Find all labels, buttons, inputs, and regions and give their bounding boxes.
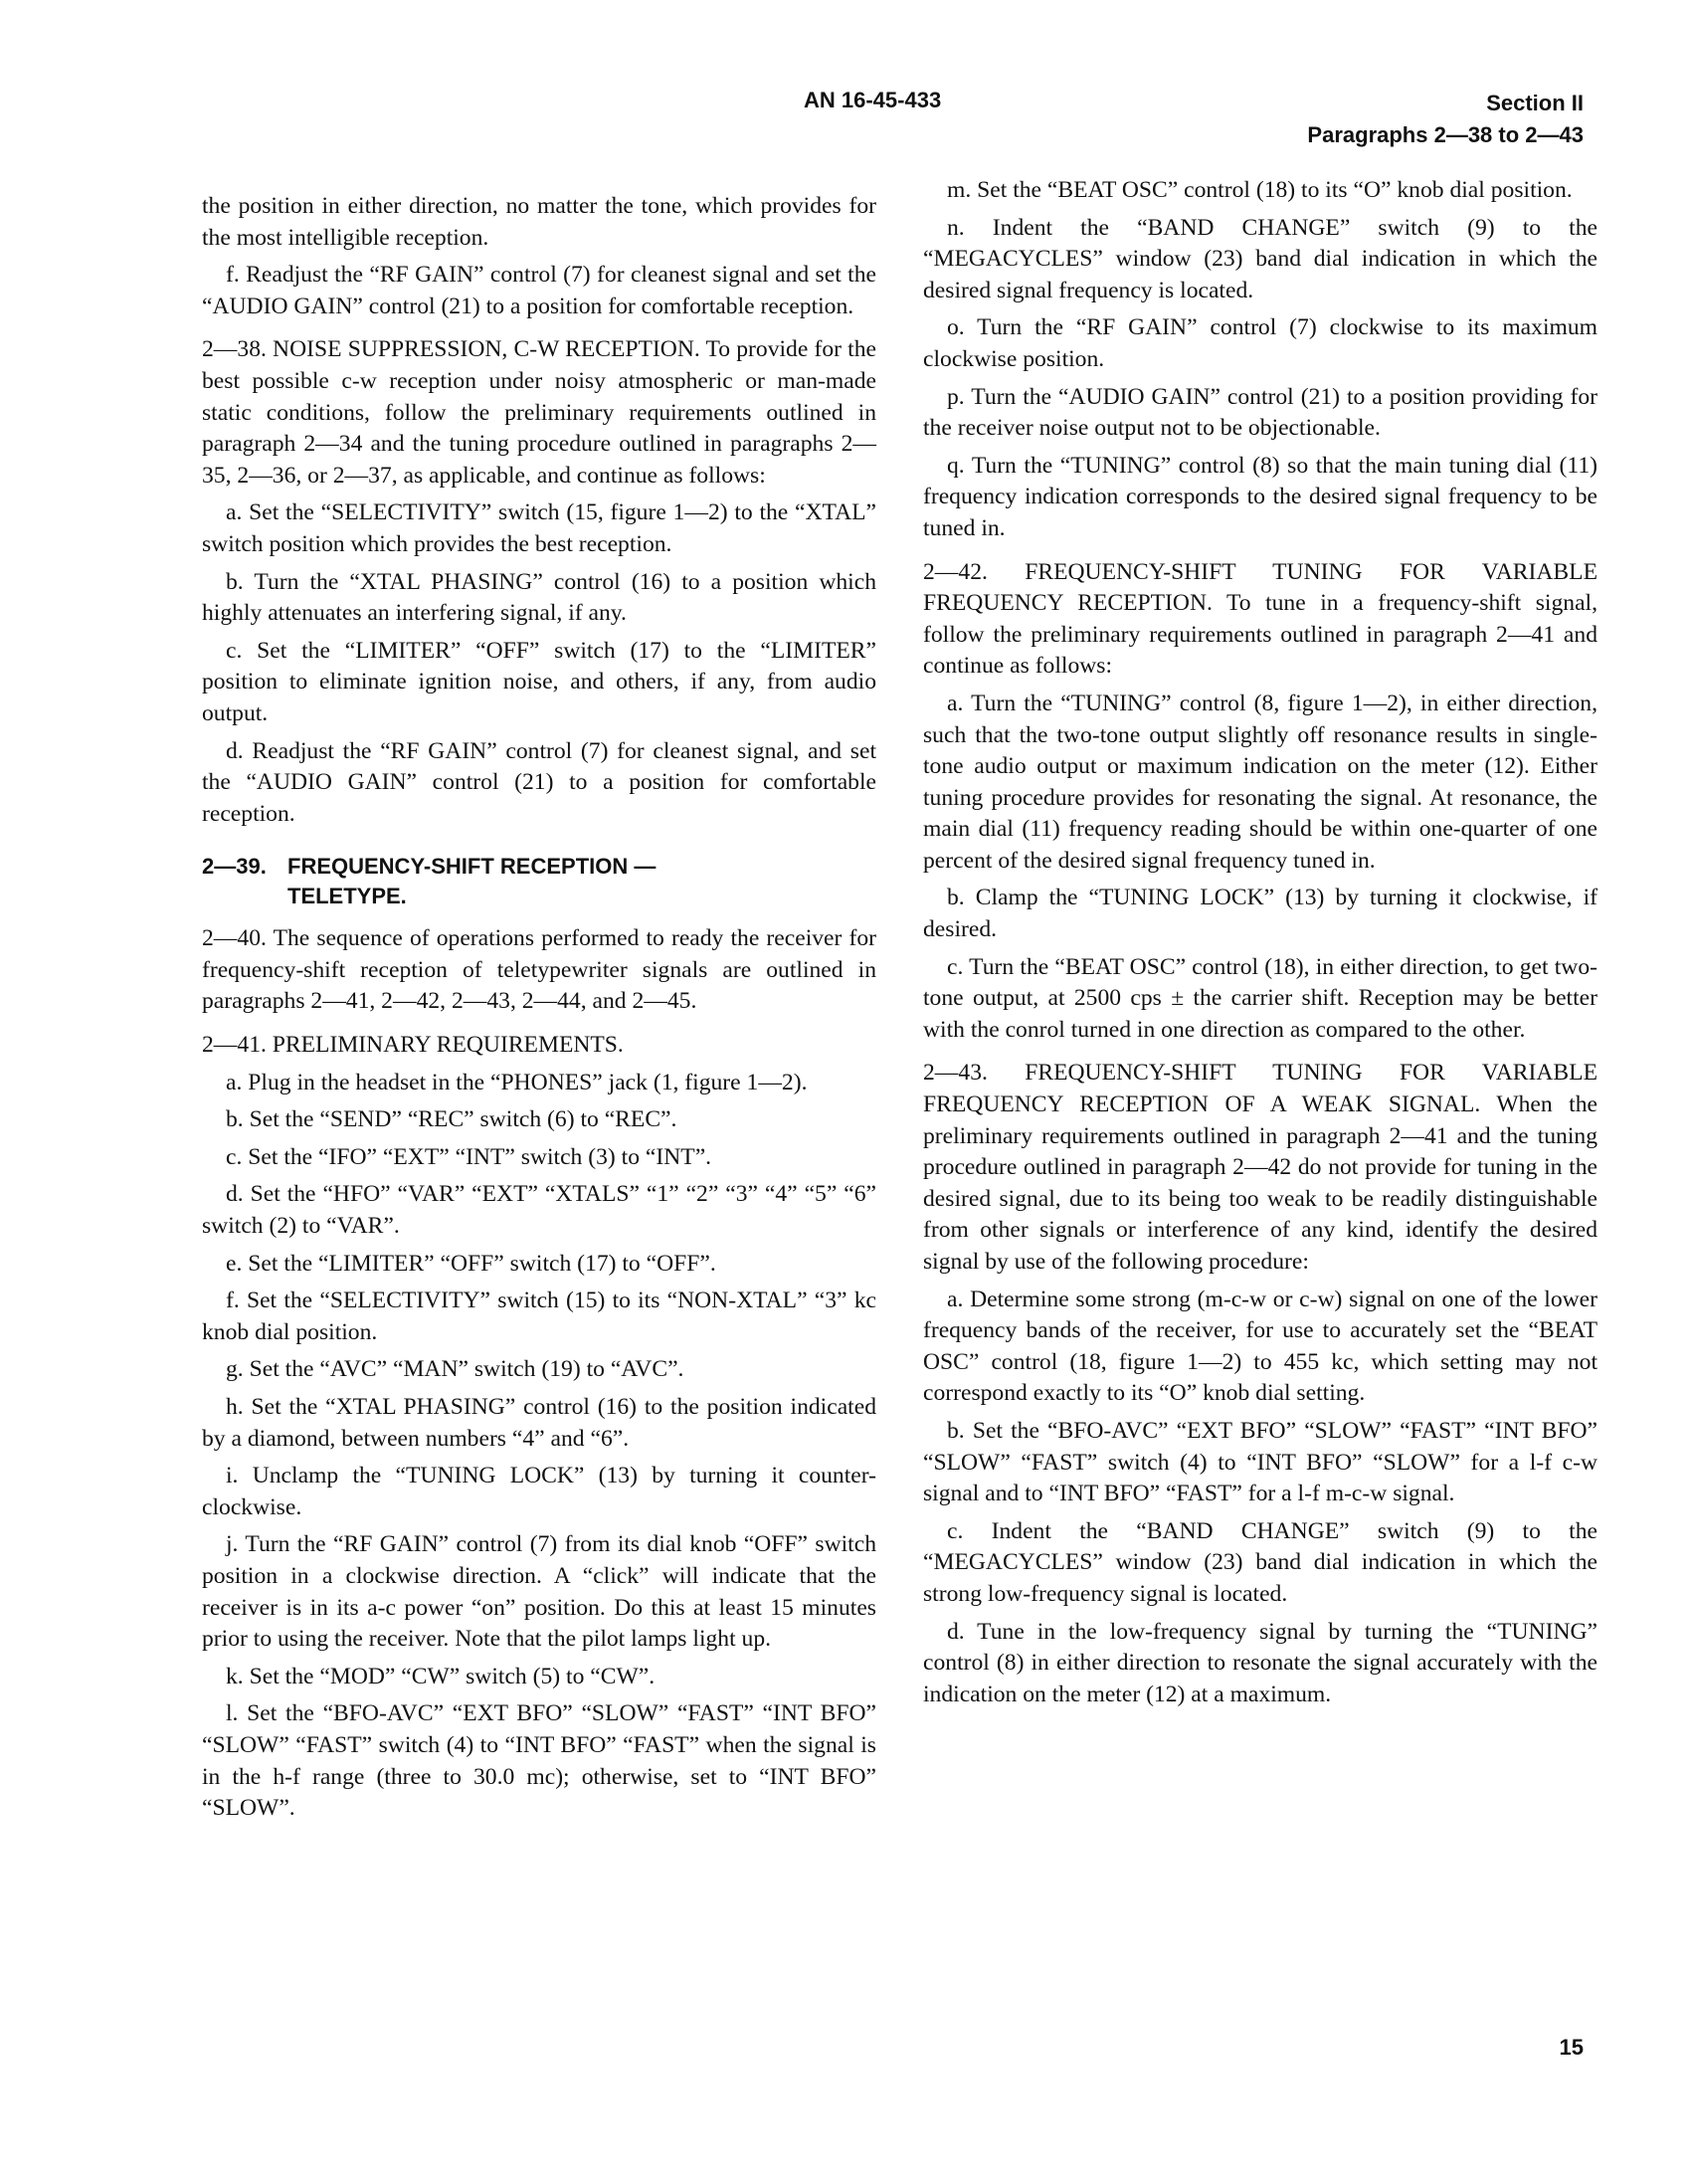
list-item: c. Turn the “BEAT OSC” control (18), in … bbox=[923, 952, 1597, 1047]
document-page: AN 16-45-433 Section II Paragraphs 2—38 … bbox=[0, 0, 1691, 2184]
list-item: d. Set the “HFO” “VAR” “EXT” “XTALS” “1”… bbox=[202, 1179, 876, 1242]
list-item: j. Turn the “RF GAIN” control (7) from i… bbox=[202, 1529, 876, 1655]
list-item: l. Set the “BFO-AVC” “EXT BFO” “SLOW” “F… bbox=[202, 1698, 876, 1824]
list-item: i. Unclamp the “TUNING LOCK” (13) by tur… bbox=[202, 1461, 876, 1523]
left-column: the position in either direction, no mat… bbox=[202, 179, 876, 1831]
heading-text: FREQUENCY-SHIFT RECEPTION — bbox=[287, 854, 656, 879]
list-item: a. Determine some strong (m-c-w or c-w) … bbox=[923, 1285, 1597, 1410]
list-item: d. Readjust the “RF GAIN” control (7) fo… bbox=[202, 736, 876, 831]
document-number: AN 16-45-433 bbox=[804, 88, 941, 113]
paragraph: the position in either direction, no mat… bbox=[202, 191, 876, 254]
list-item: f. Set the “SELECTIVITY” switch (15) to … bbox=[202, 1286, 876, 1348]
list-item: b. Clamp the “TUNING LOCK” (13) by turni… bbox=[923, 883, 1597, 945]
section-heading: 2—39.FREQUENCY-SHIFT RECEPTION —TELETYPE… bbox=[202, 852, 876, 911]
list-item: n. Indent the “BAND CHANGE” switch (9) t… bbox=[923, 213, 1597, 307]
list-item: b. Set the “SEND” “REC” switch (6) to “R… bbox=[202, 1104, 876, 1136]
list-item: c. Set the “LIMITER” “OFF” switch (17) t… bbox=[202, 636, 876, 730]
section-label: Section II bbox=[1307, 88, 1584, 119]
list-item: h. Set the “XTAL PHASING” control (16) t… bbox=[202, 1392, 876, 1455]
paragraph: 2—41. PRELIMINARY REQUIREMENTS. bbox=[202, 1030, 876, 1062]
list-item: c. Indent the “BAND CHANGE” switch (9) t… bbox=[923, 1516, 1597, 1611]
list-item: q. Turn the “TUNING” control (8) so that… bbox=[923, 451, 1597, 545]
list-item: g. Set the “AVC” “MAN” switch (19) to “A… bbox=[202, 1354, 876, 1386]
paragraph-range: Paragraphs 2—38 to 2—43 bbox=[1307, 119, 1584, 151]
list-item: e. Set the “LIMITER” “OFF” switch (17) t… bbox=[202, 1249, 876, 1281]
paragraph: 2—40. The sequence of operations perform… bbox=[202, 923, 876, 1018]
list-item: f. Readjust the “RF GAIN” control (7) fo… bbox=[202, 260, 876, 322]
list-item: a. Plug in the headset in the “PHONES” j… bbox=[202, 1068, 876, 1099]
list-item: d. Tune in the low-frequency signal by t… bbox=[923, 1617, 1597, 1711]
list-item: b. Set the “BFO-AVC” “EXT BFO” “SLOW” “F… bbox=[923, 1416, 1597, 1510]
right-column: m. Set the “BEAT OSC” control (18) to it… bbox=[923, 175, 1597, 1716]
heading-continuation: TELETYPE. bbox=[202, 882, 876, 911]
list-item: m. Set the “BEAT OSC” control (18) to it… bbox=[923, 175, 1597, 207]
paragraph: 2—38. NOISE SUPPRESSION, C-W RECEPTION. … bbox=[202, 334, 876, 492]
list-item: c. Set the “IFO” “EXT” “INT” switch (3) … bbox=[202, 1142, 876, 1174]
paragraph: 2—42. FREQUENCY-SHIFT TUNING FOR VARIABL… bbox=[923, 557, 1597, 683]
section-header: Section II Paragraphs 2—38 to 2—43 bbox=[1307, 88, 1584, 151]
list-item: a. Set the “SELECTIVITY” switch (15, fig… bbox=[202, 497, 876, 560]
list-item: k. Set the “MOD” “CW” switch (5) to “CW”… bbox=[202, 1662, 876, 1693]
list-item: o. Turn the “RF GAIN” control (7) clockw… bbox=[923, 312, 1597, 375]
page-number: 15 bbox=[1560, 2035, 1584, 2061]
heading-number: 2—39. bbox=[202, 852, 287, 882]
paragraph: 2—43. FREQUENCY-SHIFT TUNING FOR VARIABL… bbox=[923, 1058, 1597, 1278]
list-item: p. Turn the “AUDIO GAIN” control (21) to… bbox=[923, 382, 1597, 445]
list-item: b. Turn the “XTAL PHASING” control (16) … bbox=[202, 567, 876, 630]
list-item: a. Turn the “TUNING” control (8, figure … bbox=[923, 689, 1597, 878]
